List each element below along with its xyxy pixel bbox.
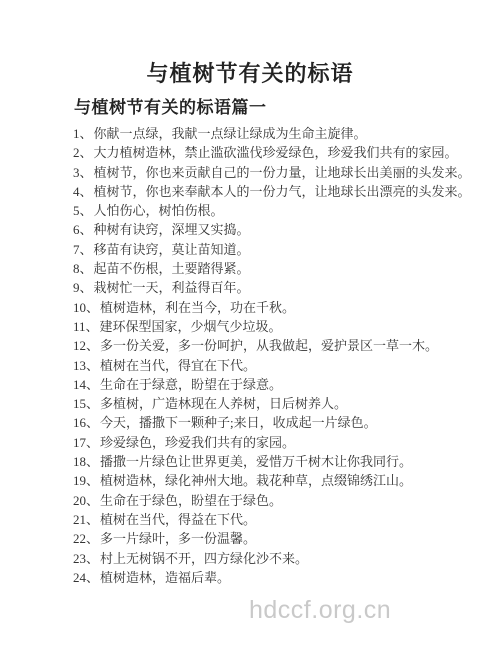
item-text: 生命在于绿色，盼望在于绿色。 (100, 493, 282, 508)
item-text: 种树有诀窍，深埋又实捣。 (94, 222, 250, 237)
watermark: hdccf.org.cn (249, 596, 391, 625)
slogan-list: 1、你献一点绿，我献一点绿让绿成为生命主旋律。2、大力植树造林，禁止滥砍滥伐珍爱… (73, 124, 485, 587)
item-number: 6、 (73, 222, 93, 237)
list-item: 5、人怕伤心，树怕伤根。 (73, 201, 485, 220)
item-number: 13、 (73, 358, 99, 373)
item-text: 播撒一片绿色让世界更美，爱惜万千树木让你我同行。 (100, 454, 412, 469)
item-number: 11、 (73, 319, 99, 334)
document-title: 与植树节有关的标语 (0, 57, 500, 88)
item-number: 24、 (73, 570, 99, 585)
item-number: 22、 (73, 531, 99, 546)
list-item: 4、植树节，你也来奉献本人的一份力气，让地球长出漂亮的头发来。 (73, 182, 485, 201)
item-number: 20、 (73, 493, 99, 508)
list-item: 15、多植树，广造林现在人养树，日后树养人。 (73, 394, 485, 413)
item-number: 16、 (73, 415, 99, 430)
list-item: 12、多一份关爱，多一份呵护，从我做起，爱护景区一草一木。 (73, 336, 485, 355)
list-item: 19、植树造林，绿化神州大地。栽花种草，点缀锦绣江山。 (73, 471, 485, 490)
list-item: 6、种树有诀窍，深埋又实捣。 (73, 220, 485, 239)
item-number: 18、 (73, 454, 99, 469)
item-number: 15、 (73, 396, 99, 411)
item-text: 植树造林，造福后辈。 (100, 570, 230, 585)
item-number: 23、 (73, 551, 99, 566)
item-number: 7、 (73, 242, 93, 257)
item-number: 4、 (73, 184, 93, 199)
list-item: 14、生命在于绿意，盼望在于绿意。 (73, 375, 485, 394)
item-text: 起苗不伤根，土要踏得紧。 (94, 261, 250, 276)
item-number: 10、 (73, 300, 99, 315)
item-text: 植树造林，绿化神州大地。栽花种草，点缀锦绣江山。 (100, 473, 412, 488)
item-text: 你献一点绿，我献一点绿让绿成为生命主旋律。 (94, 126, 367, 141)
list-item: 7、移苗有诀窍，莫让苗知道。 (73, 240, 485, 259)
list-item: 13、植树在当代，得宜在下代。 (73, 356, 485, 375)
list-item: 23、村上无树锅不开，四方绿化沙不来。 (73, 549, 485, 568)
item-text: 多植树，广造林现在人养树，日后树养人。 (100, 396, 347, 411)
item-text: 珍爱绿色，珍爱我们共有的家园。 (100, 435, 295, 450)
item-number: 5、 (73, 203, 93, 218)
item-text: 植树节，你也来奉献本人的一份力气，让地球长出漂亮的头发来。 (94, 184, 471, 199)
list-item: 18、播撒一片绿色让世界更美，爱惜万千树木让你我同行。 (73, 452, 485, 471)
list-item: 21、植树在当代，得益在下代。 (73, 510, 485, 529)
section-heading: 与植树节有关的标语篇一 (74, 93, 267, 118)
item-text: 今天，播撒下一颗种子;来日，收成起一片绿色。 (100, 415, 377, 430)
list-item: 24、植树造林，造福后辈。 (73, 568, 485, 587)
item-text: 村上无树锅不开，四方绿化沙不来。 (100, 551, 308, 566)
item-text: 大力植树造林，禁止滥砍滥伐珍爱绿色，珍爱我们共有的家园。 (94, 145, 458, 160)
list-item: 20、生命在于绿色，盼望在于绿色。 (73, 491, 485, 510)
item-text: 多一份关爱，多一份呵护，从我做起，爱护景区一草一木。 (100, 338, 438, 353)
document-page: 与植树节有关的标语 与植树节有关的标语篇一 1、你献一点绿，我献一点绿让绿成为生… (0, 0, 500, 647)
item-number: 17、 (73, 435, 99, 450)
list-item: 10、植树造林，利在当今，功在千秋。 (73, 298, 485, 317)
item-text: 建环保型国家，少烟气少垃圾。 (100, 319, 282, 334)
item-text: 人怕伤心，树怕伤根。 (94, 203, 224, 218)
list-item: 9、栽树忙一天，利益得百年。 (73, 278, 485, 297)
item-text: 生命在于绿意，盼望在于绿意。 (100, 377, 282, 392)
item-text: 植树在当代，得宜在下代。 (100, 358, 256, 373)
item-number: 21、 (73, 512, 99, 527)
list-item: 11、建环保型国家，少烟气少垃圾。 (73, 317, 485, 336)
list-item: 16、今天，播撒下一颗种子;来日，收成起一片绿色。 (73, 413, 485, 432)
item-text: 移苗有诀窍，莫让苗知道。 (94, 242, 250, 257)
item-number: 12、 (73, 338, 99, 353)
item-number: 19、 (73, 473, 99, 488)
item-text: 多一片绿叶，多一份温馨。 (100, 531, 256, 546)
item-number: 9、 (73, 280, 93, 295)
item-number: 8、 (73, 261, 93, 276)
list-item: 8、起苗不伤根，土要踏得紧。 (73, 259, 485, 278)
list-item: 22、多一片绿叶，多一份温馨。 (73, 529, 485, 548)
item-number: 3、 (73, 165, 93, 180)
item-text: 栽树忙一天，利益得百年。 (94, 280, 250, 295)
list-item: 3、植树节，你也来贡献自己的一份力量，让地球长出美丽的头发来。 (73, 163, 485, 182)
item-text: 植树在当代，得益在下代。 (100, 512, 256, 527)
list-item: 1、你献一点绿，我献一点绿让绿成为生命主旋律。 (73, 124, 485, 143)
item-number: 1、 (73, 126, 93, 141)
item-text: 植树节，你也来贡献自己的一份力量，让地球长出美丽的头发来。 (94, 165, 471, 180)
list-item: 17、珍爱绿色，珍爱我们共有的家园。 (73, 433, 485, 452)
item-number: 14、 (73, 377, 99, 392)
list-item: 2、大力植树造林，禁止滥砍滥伐珍爱绿色，珍爱我们共有的家园。 (73, 143, 485, 162)
item-text: 植树造林，利在当今，功在千秋。 (100, 300, 295, 315)
item-number: 2、 (73, 145, 93, 160)
